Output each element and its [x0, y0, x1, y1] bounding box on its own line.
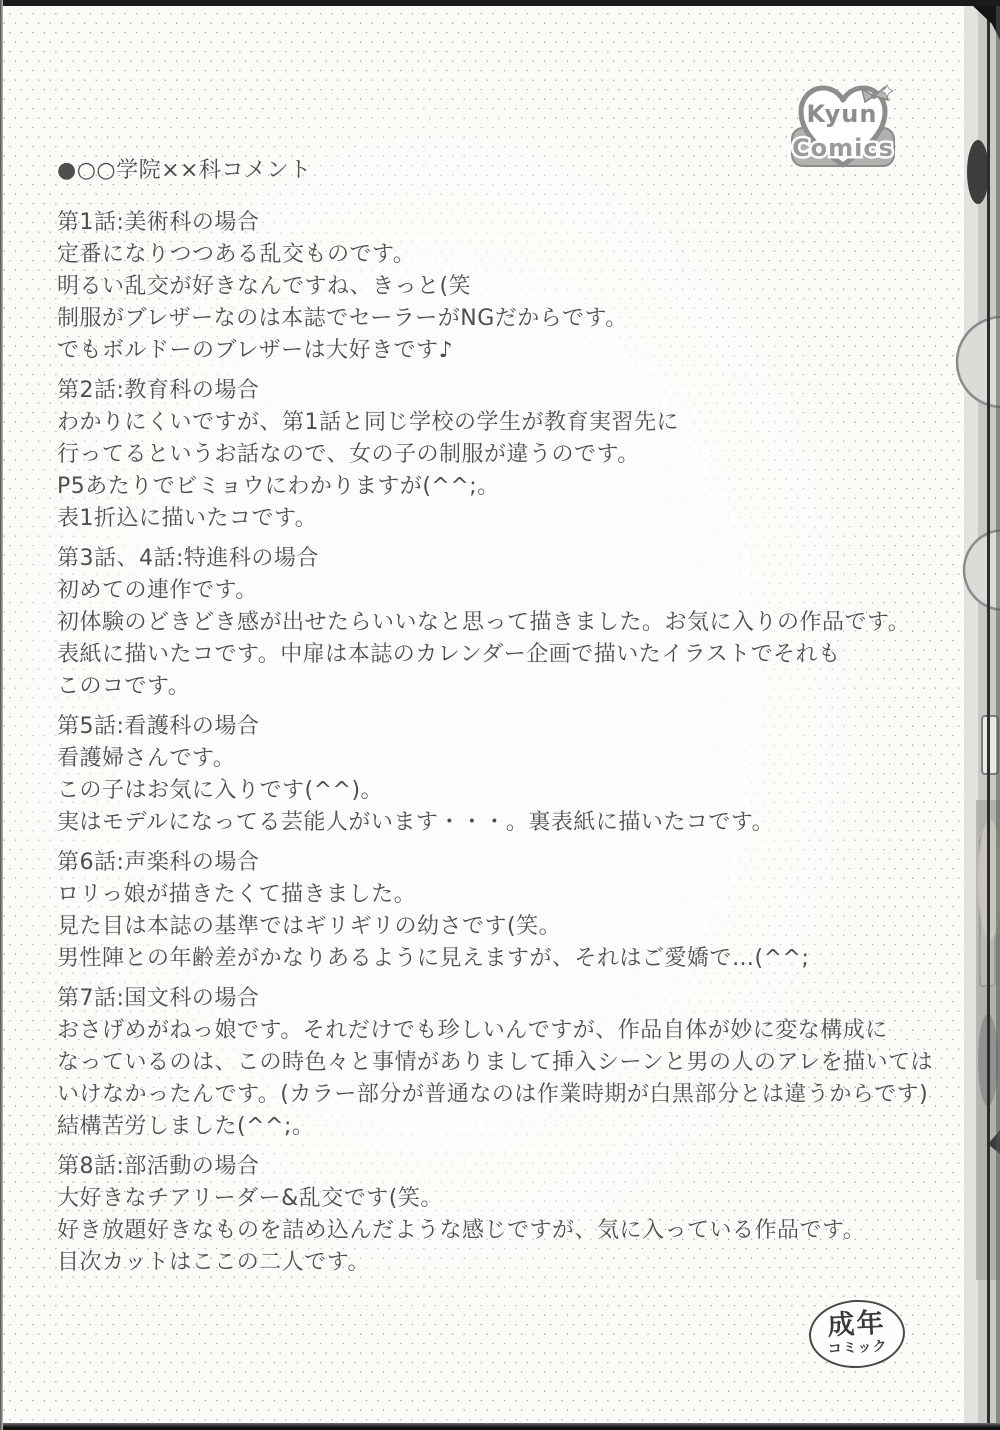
outer-edge-shade	[996, 0, 1000, 1430]
comment-line: 行ってるというお話なので、女の子の制服が違うのです。	[57, 439, 957, 471]
comment-text-block: ●○○学院××科コメント 第1話:美術科の場合 定番になりつつある乱交ものです。…	[57, 155, 957, 1287]
gutter-graphic	[954, 0, 1000, 1430]
chapter-8-section: 第8話:部活動の場合 大好きなチアリーダー&乱交です(笑。 好き放題好きなものを…	[57, 1151, 957, 1279]
comment-line: 見た目は本誌の基準ではギリギリの幼さです(笑。	[57, 911, 957, 943]
chapter-3-4-section: 第3話、4話:特進科の場合 初めての連作です。 初体験のどきどき感が出せたらいい…	[57, 543, 957, 703]
comment-line: ロリっ娘が描きたくて描きました。	[57, 879, 957, 911]
scan-edge-left	[0, 0, 3, 1430]
section-title: 第8話:部活動の場合	[57, 1151, 957, 1183]
badge-text-comic: コミック	[827, 1338, 888, 1358]
comment-line: 好き放題好きなものを詰め込んだような感じですが、気に入っている作品です。	[57, 1215, 957, 1247]
comment-line: でもボルドーのブレザーは大好きです♪	[57, 335, 957, 367]
comment-line: 実はモデルになってる芸能人がいます・・・。裏表紙に描いたコです。	[57, 807, 957, 839]
comment-line: 定番になりつつある乱交ものです。	[57, 239, 957, 271]
facing-page-edge	[954, 0, 1000, 1430]
chapter-1-section: 第1話:美術科の場合 定番になりつつある乱交ものです。 明るい乱交が好きなんです…	[57, 207, 957, 367]
chapter-7-section: 第7話:国文科の場合 おさげめがねっ娘です。それだけでも珍しいんですが、作品自体…	[57, 983, 957, 1143]
comment-line: 看護婦さんです。	[57, 743, 957, 775]
edge-dark-blob	[967, 140, 989, 204]
comment-line: わかりにくいですが、第1話と同じ学校の学生が教育実習先に	[57, 407, 957, 439]
kyun-comics-logo: Kyun Comics	[788, 80, 898, 174]
comment-line: 初めての連作です。	[57, 575, 957, 607]
logo-text-comics: Comics	[792, 134, 894, 162]
badge-text-seinen: 成年	[827, 1310, 886, 1341]
comment-line: 初体験のどきどき感が出せたらいいなと思って描きました。お気に入りの作品です。	[57, 607, 957, 639]
comment-line: いけなかったんです。(カラー部分が普通なのは作業時期が白黒部分とは違うからです)	[57, 1079, 957, 1111]
scan-edge-top	[0, 0, 1000, 6]
comment-line: 表1折込に描いたコです。	[57, 503, 957, 535]
comment-line: 結構苦労しました(^^;。	[57, 1111, 957, 1143]
comment-line: 大好きなチアリーダー&乱交です(笑。	[57, 1183, 957, 1215]
logo-text-kyun: Kyun	[807, 100, 878, 128]
chapter-5-section: 第5話:看護科の場合 看護婦さんです。 この子はお気に入りです(^^)。 実はモ…	[57, 711, 957, 839]
kyun-comics-logo-graphic: Kyun Comics	[788, 80, 898, 174]
section-title: 第7話:国文科の場合	[57, 983, 957, 1015]
section-title: 第6話:声楽科の場合	[57, 847, 957, 879]
scan-edge-bottom	[0, 1423, 1000, 1430]
edge-artwork-circle	[957, 317, 1000, 407]
comment-line: 表紙に描いたコです。中扉は本誌のカレンダー企画で描いたイラストでそれも	[57, 639, 957, 671]
chapter-2-section: 第2話:教育科の場合 わかりにくいですが、第1話と同じ学校の学生が教育実習先に …	[57, 375, 957, 535]
comment-line: このコです。	[57, 671, 957, 703]
section-title: 第5話:看護科の場合	[57, 711, 957, 743]
comment-line: この子はお気に入りです(^^)。	[57, 775, 957, 807]
comment-line: 明るい乱交が好きなんですね、きっと(笑	[57, 271, 957, 303]
scanned-comment-page: ●○○学院××科コメント 第1話:美術科の場合 定番になりつつある乱交ものです。…	[0, 0, 1000, 1430]
section-title: 第3話、4話:特進科の場合	[57, 543, 957, 575]
section-title: 第2話:教育科の場合	[57, 375, 957, 407]
comment-line: 目次カットはここの二人です。	[57, 1247, 957, 1279]
chapter-6-section: 第6話:声楽科の場合 ロリっ娘が描きたくて描きました。 見た目は本誌の基準ではギ…	[57, 847, 957, 975]
comment-line: おさげめがねっ娘です。それだけでも珍しいんですが、作品自体が妙に変な構成に	[57, 1015, 957, 1047]
section-title: 第1話:美術科の場合	[57, 207, 957, 239]
gutter-crease-line	[987, 8, 990, 1430]
comment-line: P5あたりでビミョウにわかりますが(^^;。	[57, 471, 957, 503]
comment-line: なっているのは、この時色々と事情がありまして挿入シーンと男の人のアレを描いては	[57, 1047, 957, 1079]
comment-line: 男性陣との年齢差がかなりあるように見えますが、それはご愛嬌で…(^^;	[57, 943, 957, 975]
comment-line: 制服がブレザーなのは本誌でセーラーがNGだからです。	[57, 303, 957, 335]
